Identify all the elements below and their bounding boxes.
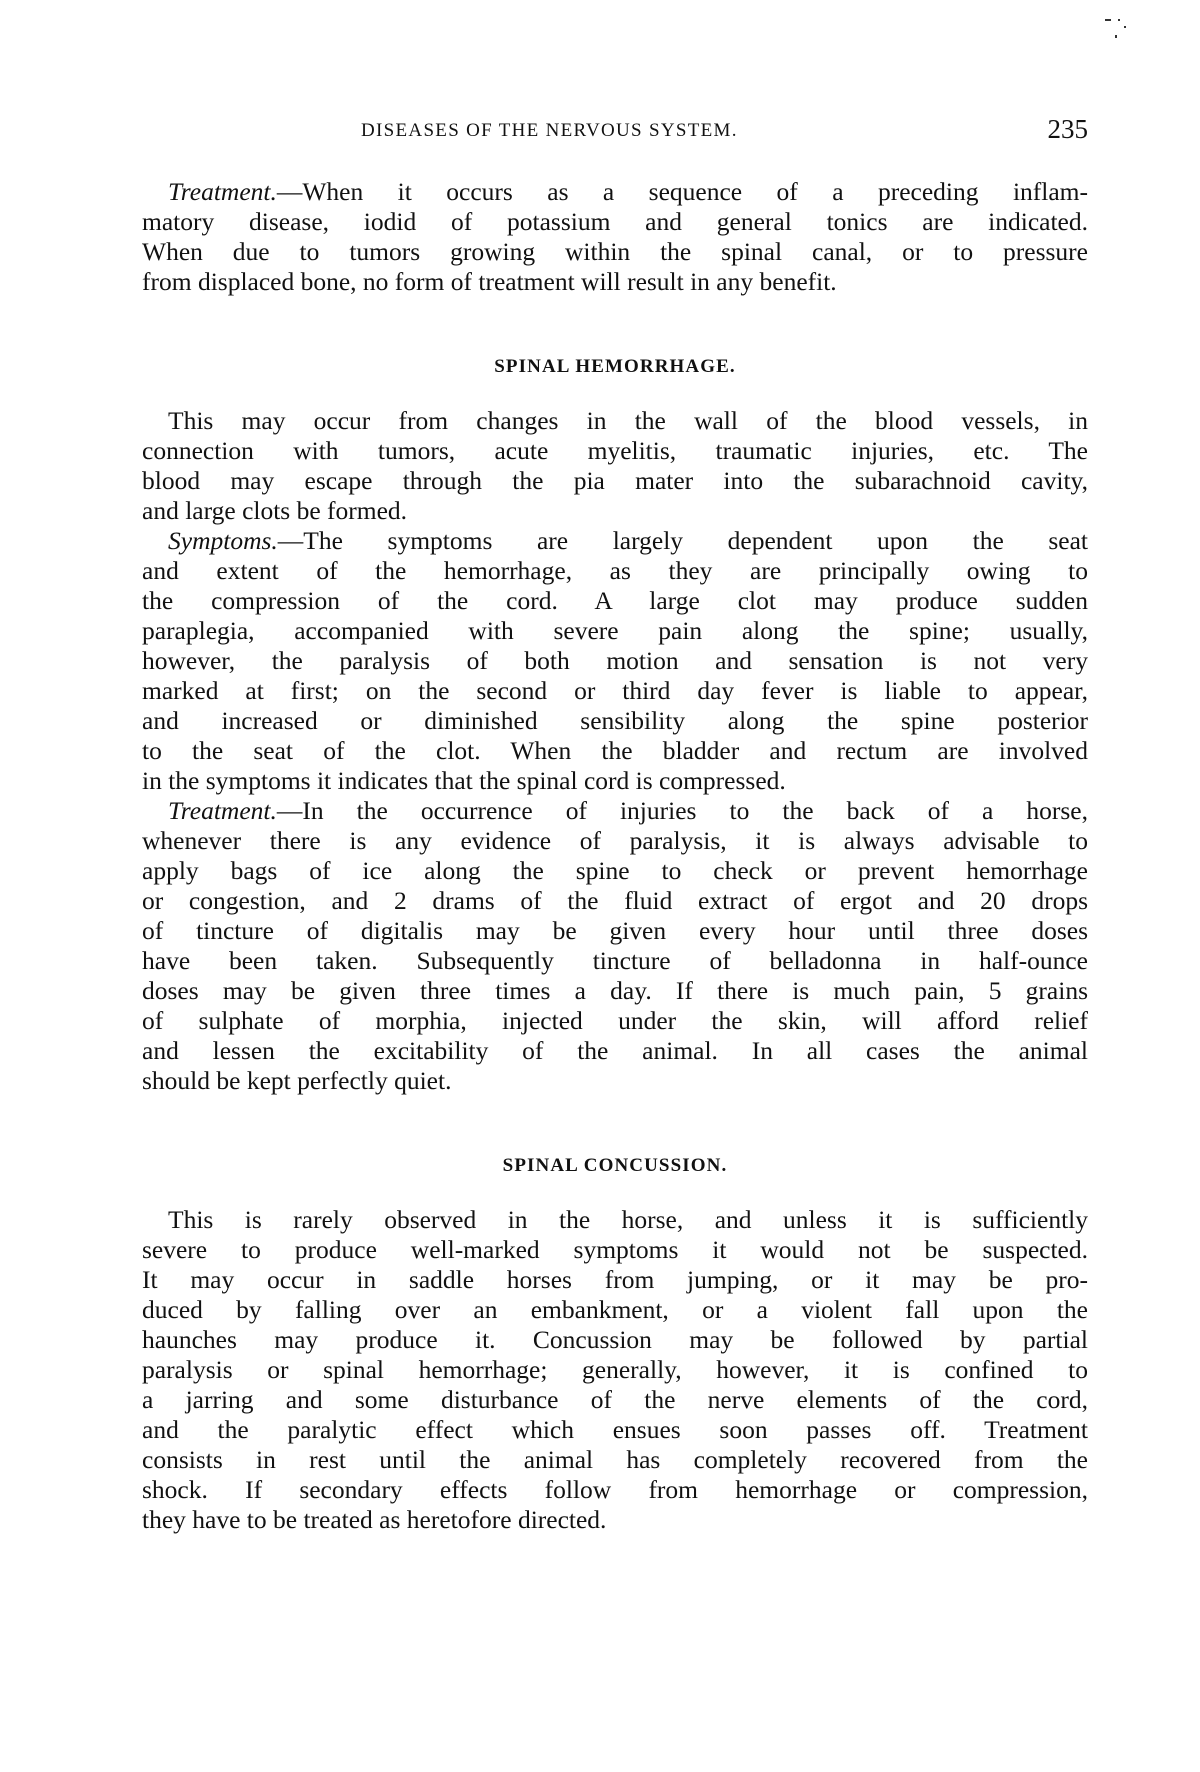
text-line: apply bags of ice along the spine to che… (142, 856, 1088, 886)
text-line: a jarring and some disturbance of the ne… (142, 1385, 1088, 1415)
text-line: and extent of the hemorrhage, as they ar… (142, 556, 1088, 586)
text-line: and the paralytic effect which ensues so… (142, 1415, 1088, 1445)
running-head: DISEASES OF THE NERVOUS SYSTEM. 235 (142, 116, 1088, 146)
text-line: or congestion, and 2 drams of the fluid … (142, 886, 1088, 916)
text-line: whenever there is any evidence of paraly… (142, 826, 1088, 856)
text-line: duced by falling over an embankment, or … (142, 1295, 1088, 1325)
text-line: matory disease, iodid of potassium and g… (142, 207, 1088, 237)
text-line: and large clots be formed. (142, 496, 1088, 526)
text-line: Treatment.—When it occurs as a sequence … (168, 177, 1088, 207)
text-line: however, the paralysis of both motion an… (142, 646, 1088, 676)
text-line: from displaced bone, no form of treatmen… (142, 267, 1088, 297)
text-line: have been taken. Subsequently tincture o… (142, 946, 1088, 976)
text-line: they have to be treated as heretofore di… (142, 1505, 1088, 1535)
text-line: to the seat of the clot. When the bladde… (142, 736, 1088, 766)
text-line: marked at first; on the second or third … (142, 676, 1088, 706)
text-line: When due to tumors growing within the sp… (142, 237, 1088, 267)
text-line: doses may be given three times a day. If… (142, 976, 1088, 1006)
text-line: This is rarely observed in the horse, an… (168, 1205, 1088, 1235)
text-line: shock. If secondary effects follow from … (142, 1475, 1088, 1505)
text-line: consists in rest until the animal has co… (142, 1445, 1088, 1475)
text-line: in the symptoms it indicates that the sp… (142, 766, 1088, 796)
run-in-heading: Treatment. (168, 796, 277, 825)
scan-artifact (1105, 16, 1135, 46)
run-in-heading: Treatment. (168, 177, 277, 206)
text-line: paralysis or spinal hemorrhage; generall… (142, 1355, 1088, 1385)
text-line: and increased or diminished sensibility … (142, 706, 1088, 736)
text-line: paraplegia, accompanied with severe pain… (142, 616, 1088, 646)
section-heading-spinal-concussion: SPINAL CONCUSSION. (142, 1155, 1088, 1177)
text-line: Treatment.—In the occurrence of injuries… (168, 796, 1088, 826)
section-heading-spinal-hemorrhage: SPINAL HEMORRHAGE. (142, 356, 1088, 378)
text-line: and lessen the excitability of the anima… (142, 1036, 1088, 1066)
text-line: connection with tumors, acute myelitis, … (142, 436, 1088, 466)
text-line: haunches may produce it. Concussion may … (142, 1325, 1088, 1355)
text-line: This may occur from changes in the wall … (168, 406, 1088, 436)
text-line: should be kept perfectly quiet. (142, 1066, 1088, 1096)
text-line: blood may escape through the pia mater i… (142, 466, 1088, 496)
page-number: 235 (1048, 114, 1089, 145)
text-line: It may occur in saddle horses from jumpi… (142, 1265, 1088, 1295)
text-line: of sulphate of morphia, injected under t… (142, 1006, 1088, 1036)
text-line: Symptoms.—The symptoms are largely depen… (168, 526, 1088, 556)
text-line: severe to produce well-marked symptoms i… (142, 1235, 1088, 1265)
run-in-heading: Symptoms. (168, 526, 278, 555)
text-line: of tincture of digitalis may be given ev… (142, 916, 1088, 946)
running-title: DISEASES OF THE NERVOUS SYSTEM. (361, 120, 738, 142)
text-line: the compression of the cord. A large clo… (142, 586, 1088, 616)
